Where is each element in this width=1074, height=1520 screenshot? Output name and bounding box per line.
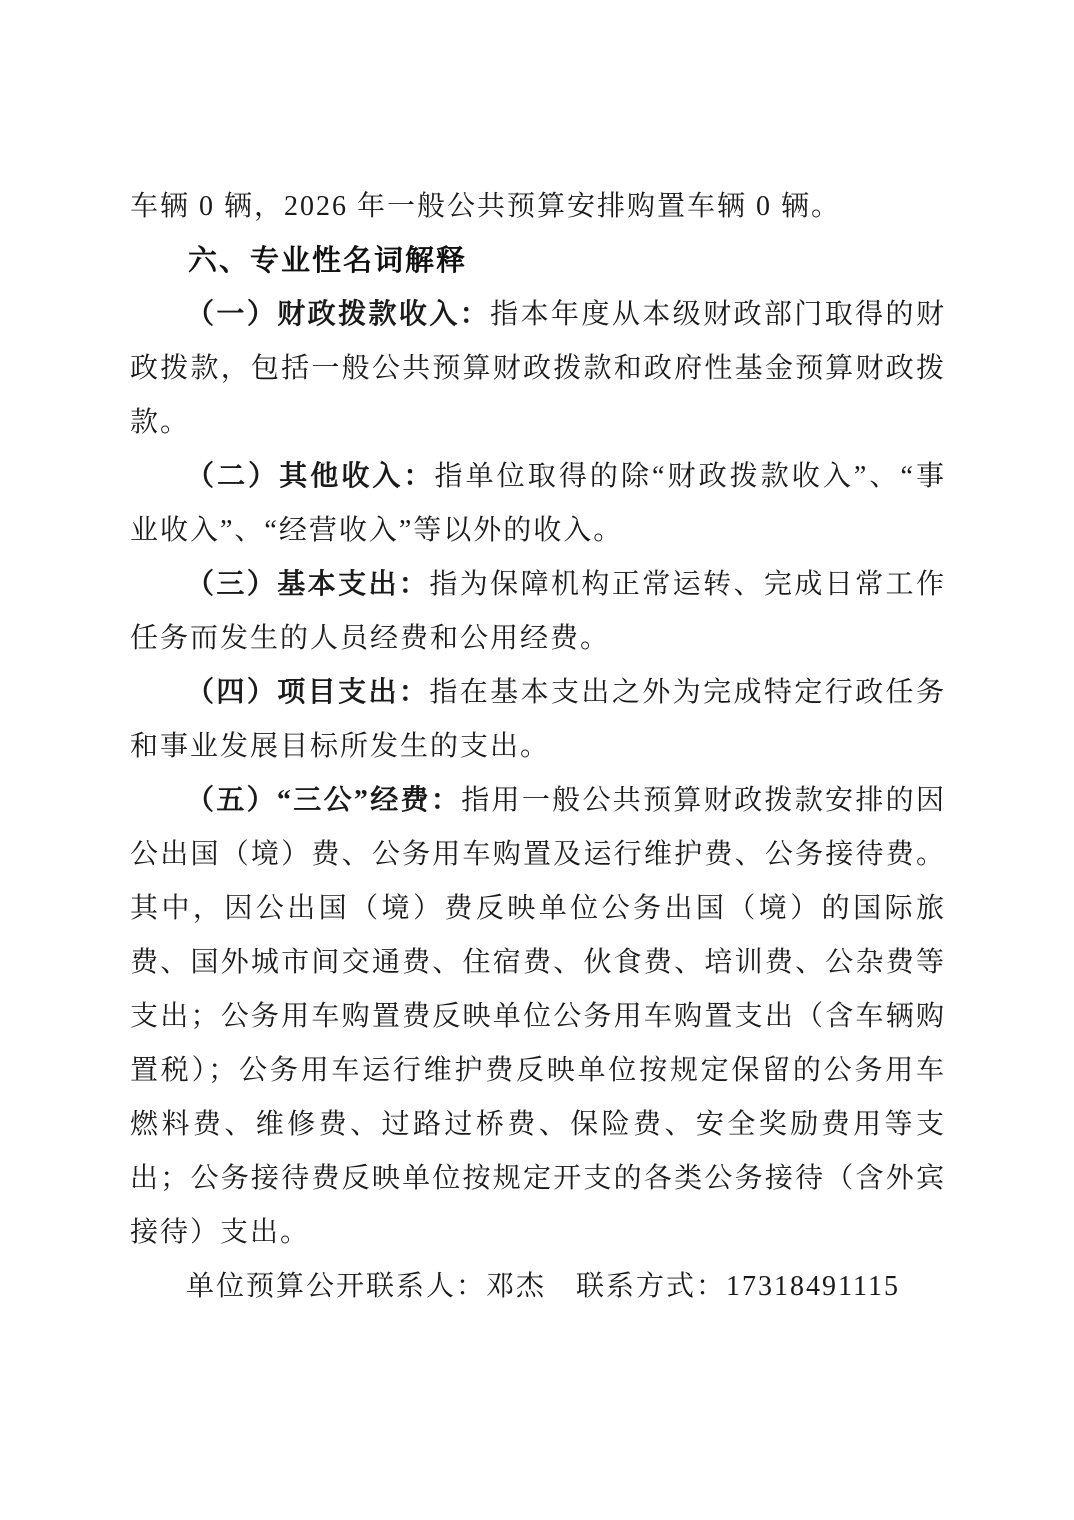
section-heading: 六、专业性名词解释: [130, 234, 946, 288]
definition-term-body: 指用一般公共预算财政拨款安排的因公出国（境）费、公务用车购置及运行维护费、公务接…: [130, 785, 946, 1248]
definition-paragraph: （五）“三公”经费：指用一般公共预算财政拨款安排的因公出国（境）费、公务用车购置…: [130, 774, 946, 1260]
contact-line: 单位预算公开联系人：邓杰联系方式：17318491115: [130, 1260, 946, 1314]
contact-person-label: 单位预算公开联系人：: [186, 1271, 486, 1302]
definition-paragraph: （三）基本支出：指为保障机构正常运转、完成日常工作任务而发生的人员经费和公用经费…: [130, 558, 946, 666]
definition-term-label: （一）财政拨款收入：: [186, 299, 490, 330]
contact-phone-number: 17318491115: [726, 1271, 900, 1302]
definition-term-label: （四）项目支出：: [186, 677, 429, 708]
contact-phone-label: 联系方式：: [576, 1271, 726, 1302]
definition-paragraph: （一）财政拨款收入：指本年度从本级财政部门取得的财政拨款，包括一般公共预算财政拨…: [130, 288, 946, 450]
continuation-paragraph: 车辆 0 辆，2026 年一般公共预算安排购置车辆 0 辆。: [130, 180, 946, 234]
contact-person-name: 邓杰: [486, 1271, 546, 1302]
definition-paragraph: （四）项目支出：指在基本支出之外为完成特定行政任务和事业发展目标所发生的支出。: [130, 666, 946, 774]
definition-paragraph: （二）其他收入：指单位取得的除“财政拨款收入”、“事业收入”、“经营收入”等以外…: [130, 450, 946, 558]
definition-term-label: （五）“三公”经费：: [186, 785, 461, 816]
document-page: 车辆 0 辆，2026 年一般公共预算安排购置车辆 0 辆。 六、专业性名词解释…: [0, 0, 1074, 1520]
definition-term-label: （三）基本支出：: [186, 569, 429, 600]
definition-term-label: （二）其他收入：: [186, 461, 435, 492]
